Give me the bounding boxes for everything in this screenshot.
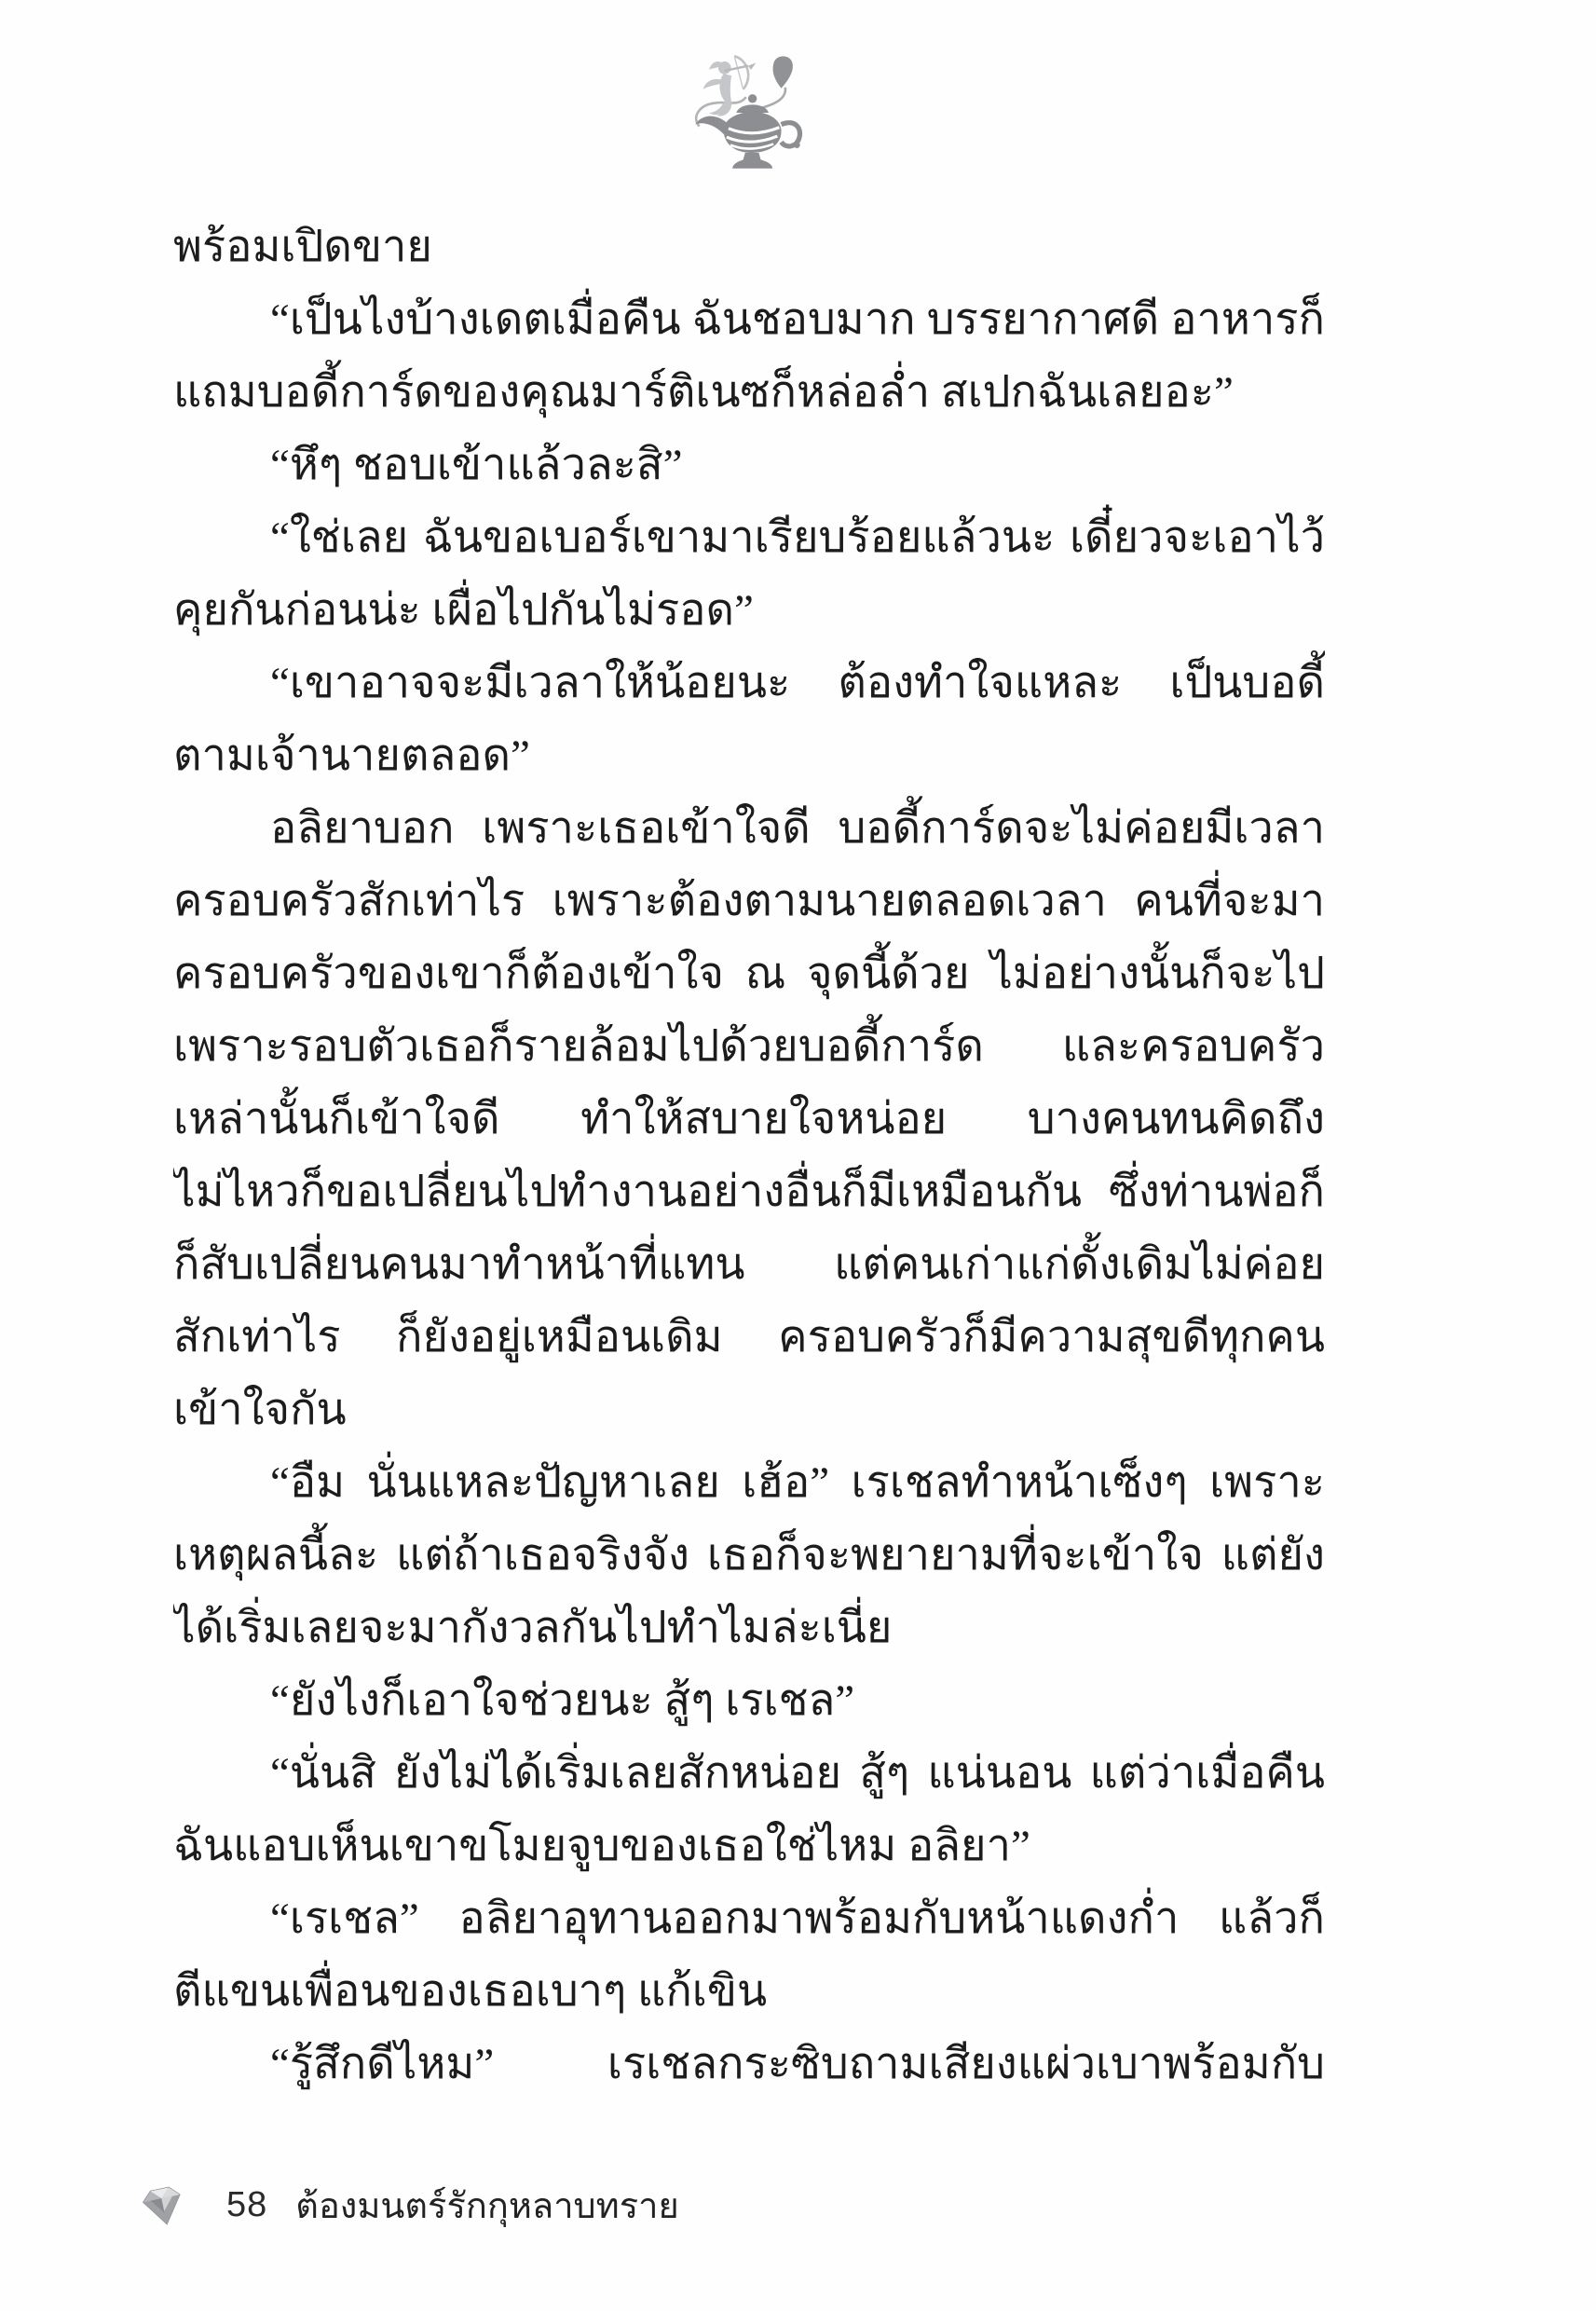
text-line: “อืม นั่นแหละปัญหาเลย เฮ้อ” เรเชลทำหน้าเ…: [173, 1446, 1325, 1519]
text-line: คุยกันก่อนน่ะ เผื่อไปกันไม่รอด”: [173, 574, 1325, 647]
arrow-head: [748, 63, 756, 70]
text-line: เหตุผลนี้ละ แต่ถ้าเธอจริงจัง เธอก็จะพยาย…: [173, 1519, 1325, 1592]
text-line: ฉันแอบเห็นเขาขโมยจูบของเธอใช่ไหม อลิยา”: [173, 1810, 1325, 1882]
text-line: “ยังไงก็เอาใจช่วยนะ สู้ๆ เรเชล”: [173, 1664, 1325, 1737]
cupid-bow-heart-genie-lamp-ornament: [691, 52, 809, 173]
text-line: สักเท่าไร ก็ยังอยู่เหมือนเดิม ครอบครัวก็…: [173, 1301, 1325, 1374]
text-line: ตีแขนเพื่อนของเธอเบาๆ แก้เขิน: [173, 1955, 1325, 2028]
text-line: พร้อมเปิดขาย: [173, 211, 1325, 283]
text-line: “เป็นไงบ้างเดตเมื่อคืน ฉันชอบมาก บรรยากา…: [173, 283, 1325, 356]
text-line: เหล่านั้นก็เข้าใจดี ทำให้สบายใจหน่อย บาง…: [173, 1083, 1325, 1155]
page-number: 58: [226, 2185, 267, 2225]
text-line: ไม่ไหวก็ขอเปลี่ยนไปทำงานอย่างอื่นก็มีเหม…: [173, 1155, 1325, 1228]
text-line: แถมบอดี้การ์ดของคุณมาร์ติเนซก็หล่อล่ำ สเ…: [173, 356, 1325, 429]
page-footer: 58 ต้องมนตร์รักกุหลาบทราย: [137, 2177, 679, 2234]
genie-lamp-icon: [695, 94, 799, 169]
text-line: “เขาอาจจะมีเวลาให้น้อยนะ ต้องทำใจแหละ เป…: [173, 647, 1325, 719]
text-line: “นั่นสิ ยังไม่ได้เริ่มเลยสักหน่อย สู้ๆ แ…: [173, 1737, 1325, 1810]
text-line: “รู้สึกดีไหม” เรเชลกระซิบถามเสียงแผ่วเบา…: [173, 2028, 1325, 2100]
book-page: พร้อมเปิดขาย “เป็นไงบ้างเดตเมื่อคืน ฉันช…: [0, 0, 1596, 2311]
book-title: ต้องมนตร์รักกุหลาบทราย: [295, 2177, 678, 2234]
text-line: ก็สับเปลี่ยนคนมาทำหน้าที่แทน แต่คนเก่าแก…: [173, 1228, 1325, 1301]
text-line: “หึๆ ชอบเข้าแล้วละสิ”: [173, 429, 1325, 501]
text-line: อลิยาบอก เพราะเธอเข้าใจดี บอดี้การ์ดจะไม…: [173, 792, 1325, 865]
heart-icon: [773, 56, 793, 88]
diamond-gem-icon: [137, 2182, 189, 2229]
text-line: “ใช่เลย ฉันขอเบอร์เขามาเรียบร้อยแล้วนะ เ…: [173, 501, 1325, 574]
text-line: ครอบครัวสักเท่าไร เพราะต้องตามนายตลอดเวล…: [173, 865, 1325, 937]
text-line: ตามเจ้านายตลอด”: [173, 719, 1325, 792]
body-text: พร้อมเปิดขาย “เป็นไงบ้างเดตเมื่อคืน ฉันช…: [173, 211, 1325, 2100]
text-line: เพราะรอบตัวเธอก็รายล้อมไปด้วยบอดี้การ์ด …: [173, 1010, 1325, 1083]
text-line: เข้าใจกัน: [173, 1374, 1325, 1446]
text-line: ครอบครัวของเขาก็ต้องเข้าใจ ณ จุดนี้ด้วย …: [173, 937, 1325, 1010]
text-line: ได้เริ่มเลยจะมากังวลกันไปทำไมล่ะเนี่ย: [173, 1592, 1325, 1664]
text-line: “เรเชล” อลิยาอุทานออกมาพร้อมกับหน้าแดงก่…: [173, 1882, 1325, 1955]
